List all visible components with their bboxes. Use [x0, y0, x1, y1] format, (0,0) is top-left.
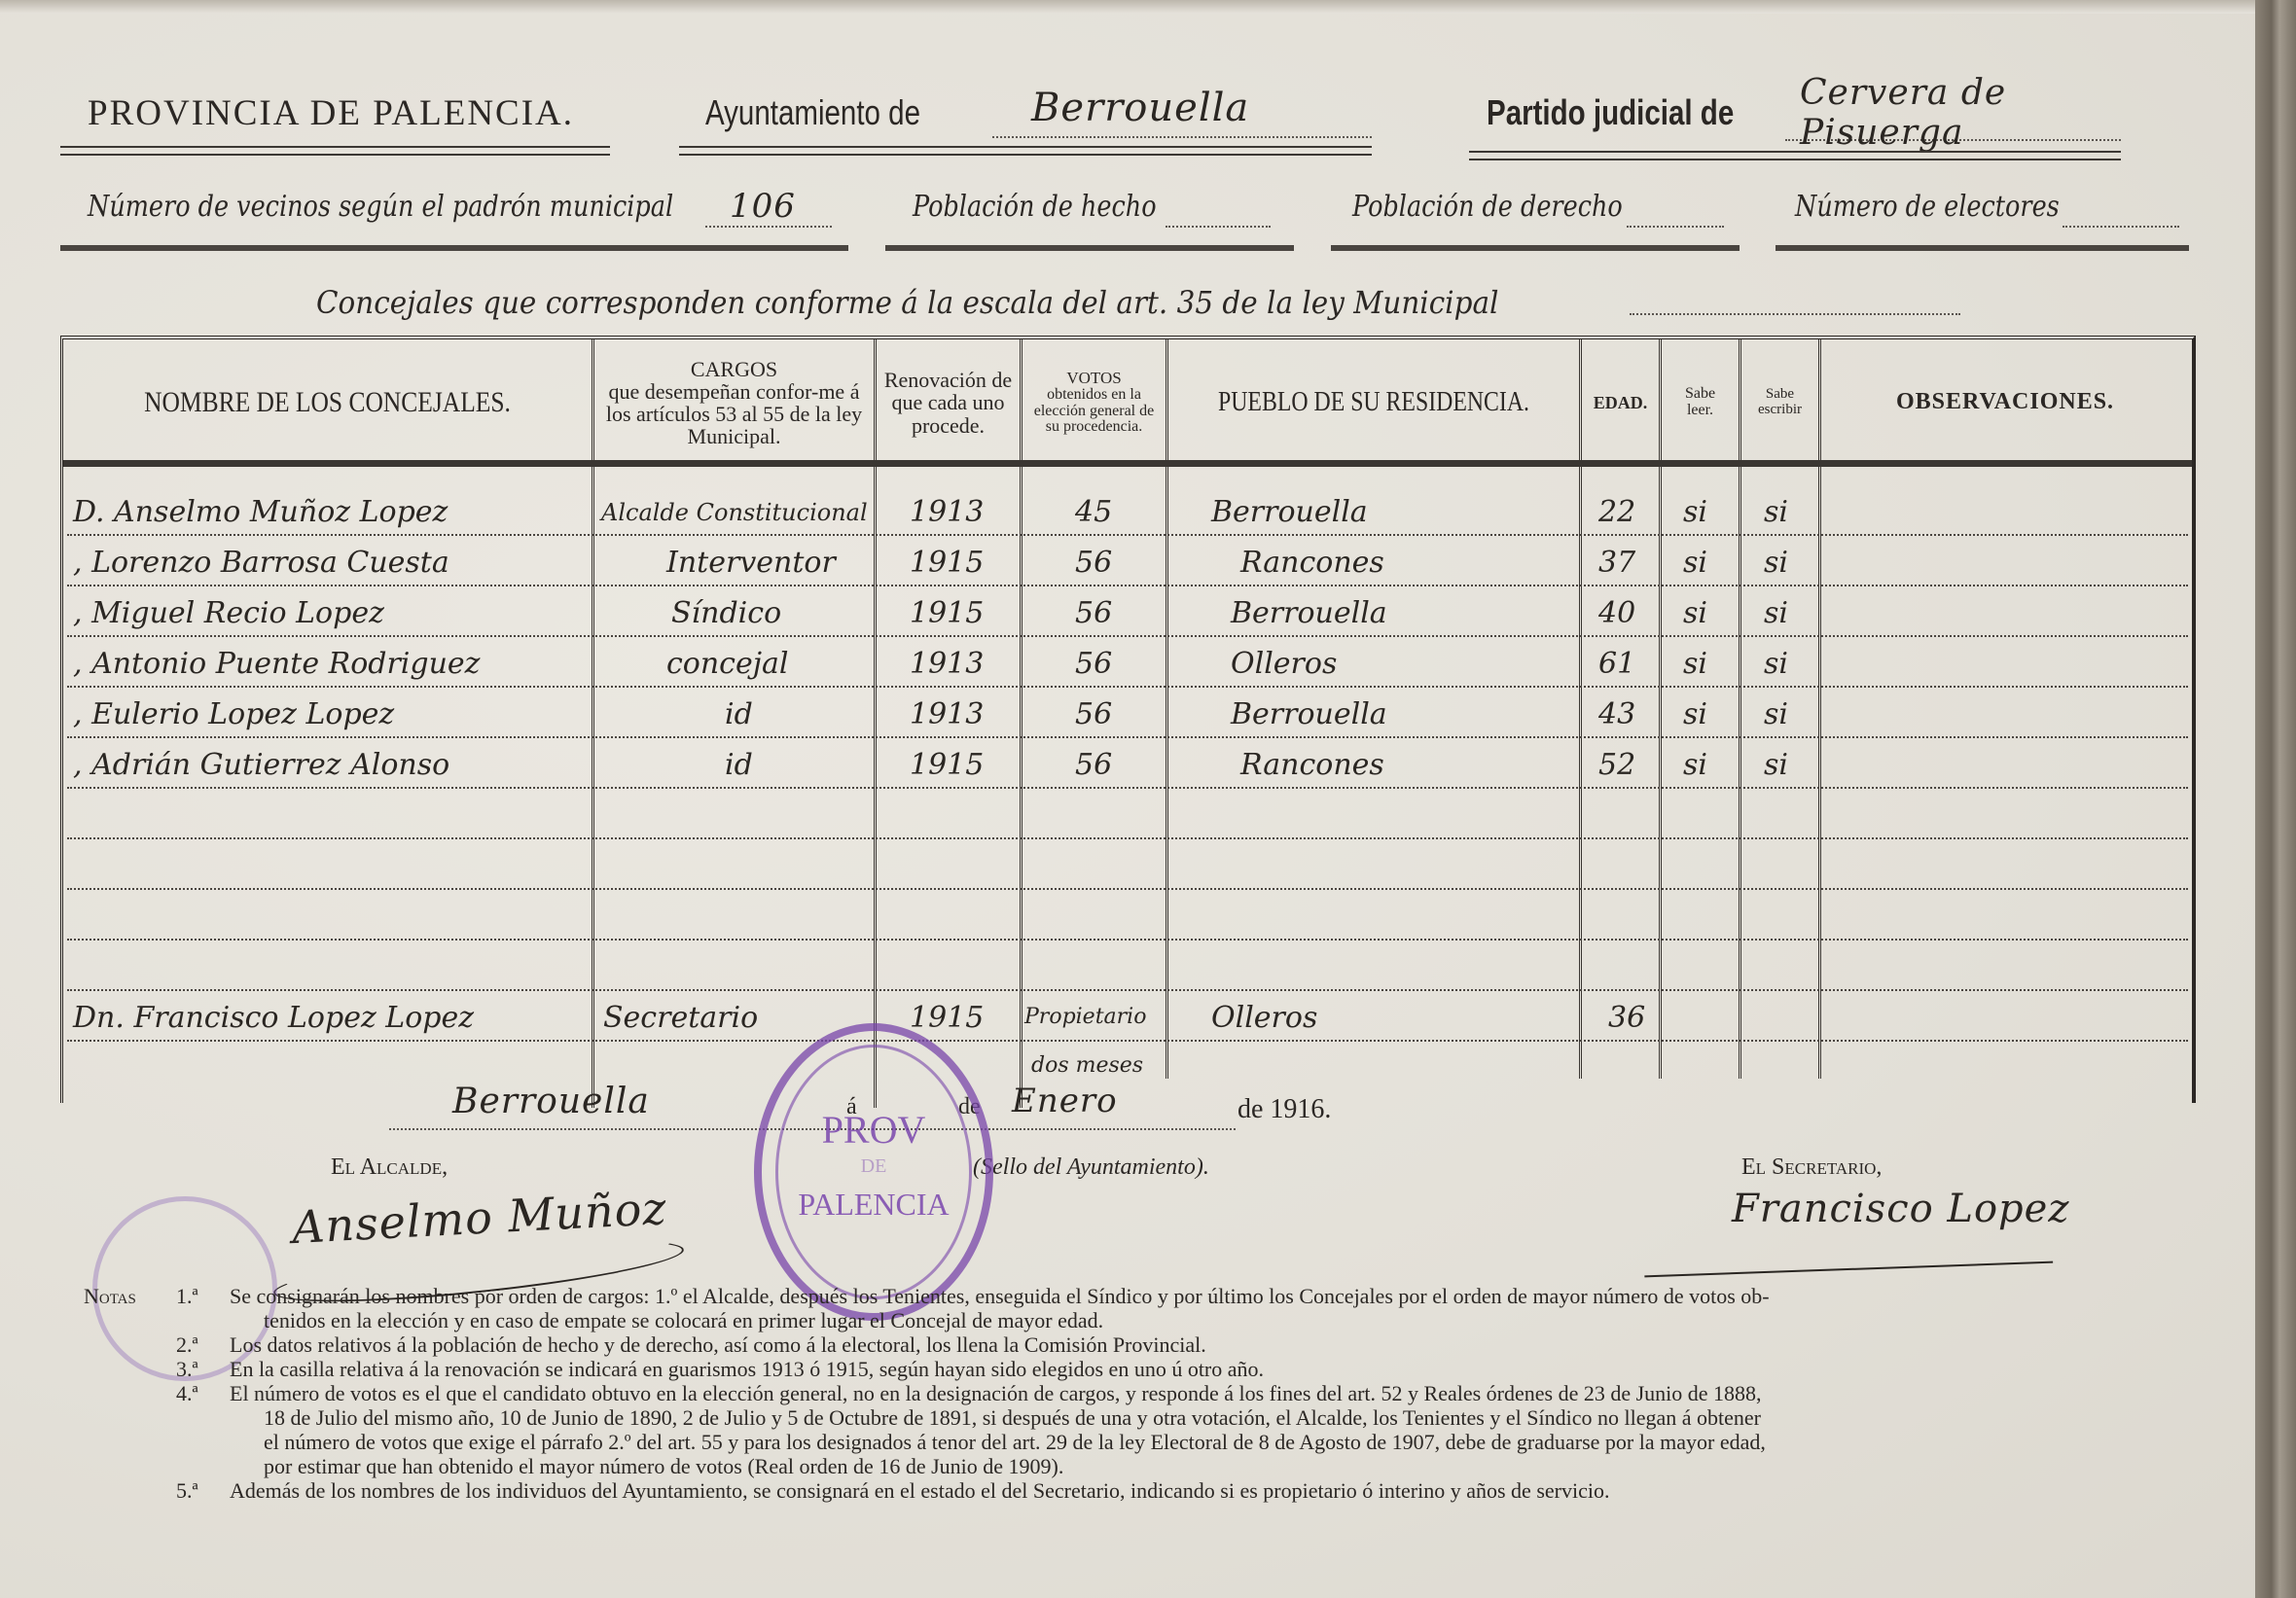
poblacion-derecho-field[interactable] — [1627, 195, 1724, 228]
header-cargos: CARGOS que desempeñan confor-me á los ar… — [594, 345, 874, 460]
cell-nombre[interactable]: , Adrián Gutierrez Alonso — [73, 748, 449, 782]
row-rule — [67, 635, 2188, 637]
note-4-cont2: el número de votos que exige el párrafo … — [264, 1430, 1766, 1454]
concejales-table: NOMBRE DE LOS CONCEJALES. CARGOS que des… — [60, 336, 2196, 1103]
poblacion-hecho-field[interactable] — [1166, 195, 1271, 228]
municipal-seal-stamp: PROV DE PALENCIA — [754, 1023, 993, 1321]
cell-votos[interactable]: 56 — [1075, 647, 1112, 681]
note-4-cont3: por estimar que han obtenido el mayor nú… — [264, 1454, 1063, 1478]
cell-leer[interactable]: si — [1683, 647, 1707, 681]
cell-escribir[interactable]: si — [1764, 596, 1788, 630]
col-divider — [1166, 339, 1168, 1079]
poblacion-derecho-label: Población de derecho — [1352, 190, 1623, 224]
vecinos-label: Número de vecinos según el padrón munici… — [88, 190, 673, 224]
date-year: de 1916. — [1238, 1094, 1331, 1125]
cell-nombre[interactable]: D. Anselmo Muñoz Lopez — [73, 495, 448, 529]
cell-renovacion[interactable]: 1913 — [910, 495, 984, 529]
ayuntamiento-value: Berrouella — [1031, 86, 1249, 130]
row-rule — [67, 787, 2188, 789]
cell-cargo[interactable]: concejal — [666, 647, 789, 681]
row-rule — [67, 686, 2188, 688]
concejales-count-field[interactable] — [1630, 303, 1960, 315]
notes-label: Notas — [84, 1284, 136, 1308]
cell-cargo[interactable]: Alcalde Constitucional — [601, 499, 868, 526]
row-rule — [67, 736, 2188, 738]
cell-edad[interactable]: 52 — [1598, 748, 1635, 782]
cell-escribir[interactable]: si — [1764, 546, 1788, 580]
note-4-text: El número de votos es el que el candidat… — [230, 1381, 1762, 1405]
note-5-num: 5.ª — [176, 1478, 198, 1503]
cell-leer[interactable]: si — [1683, 596, 1707, 630]
header-sabe-leer: Sabeleer. — [1662, 345, 1739, 460]
note-2-text: Los datos relativos á la población de he… — [230, 1332, 1206, 1357]
header-sabe-escribir: Sabeescribir — [1741, 345, 1818, 460]
note-2-num: 2.ª — [176, 1332, 198, 1357]
row-rule — [67, 939, 2188, 941]
note-4-num: 4.ª — [176, 1381, 198, 1405]
poblacion-derecho-underline — [1331, 245, 1740, 251]
province-title: PROVINCIA DE PALENCIA. — [88, 92, 574, 134]
vecinos-value: 106 — [730, 187, 796, 226]
date-place: Berrouella — [452, 1082, 650, 1121]
cell-votos-line2[interactable]: dos meses — [1031, 1053, 1143, 1078]
electores-underline — [1776, 245, 2189, 251]
header-bottom-rule — [63, 460, 2192, 467]
cell-pueblo[interactable]: Olleros — [1231, 647, 1337, 681]
header-edad: EDAD. — [1582, 345, 1659, 460]
vecinos-field[interactable]: 106 — [705, 195, 832, 228]
header-renovacion: Renovación de que cada uno procede. — [877, 345, 1020, 460]
row-rule — [67, 888, 2188, 890]
cell-pueblo[interactable]: Rancones — [1240, 546, 1384, 580]
ayuntamiento-field[interactable]: Berrouella — [992, 97, 1372, 138]
book-binding-edge — [2255, 0, 2296, 1598]
cell-votos[interactable]: Propietario — [1024, 1005, 1146, 1029]
cell-leer[interactable]: si — [1683, 495, 1707, 529]
page-top-edge — [0, 0, 2255, 14]
cell-edad[interactable]: 36 — [1608, 1001, 1645, 1035]
row-rule — [67, 989, 2188, 991]
cell-pueblo[interactable]: Berrouella — [1231, 697, 1387, 731]
header-observaciones: OBSERVACIONES. — [1821, 345, 2189, 460]
note-1-cont: tenidos en la elección y en caso de empa… — [264, 1308, 1103, 1332]
cell-cargo[interactable]: id — [725, 697, 753, 731]
cell-renovacion[interactable]: 1913 — [910, 647, 984, 681]
cell-nombre[interactable]: , Miguel Recio Lopez — [73, 596, 384, 630]
electores-field[interactable] — [2063, 195, 2179, 228]
note-1-text: Se consignarán los nombres por orden de … — [230, 1284, 1770, 1308]
province-underline — [60, 146, 610, 156]
cell-votos[interactable]: 56 — [1075, 748, 1112, 782]
cell-edad[interactable]: 37 — [1598, 546, 1635, 580]
cell-cargo[interactable]: Secretario — [603, 1001, 758, 1035]
note-4-cont: 18 de Julio del mismo año, 10 de Junio d… — [264, 1405, 1761, 1430]
partido-field[interactable]: Cervera de Pisuerga — [1785, 102, 2121, 141]
note-3-text: En la casilla relativa á la renovación s… — [230, 1357, 1264, 1381]
cell-pueblo[interactable]: Berrouella — [1211, 495, 1368, 529]
cell-leer[interactable]: si — [1683, 748, 1707, 782]
cell-cargo[interactable]: Interventor — [666, 546, 836, 580]
cell-votos[interactable]: 56 — [1075, 697, 1112, 731]
cell-renovacion[interactable]: 1915 — [910, 1001, 984, 1035]
vecinos-underline — [60, 245, 848, 251]
cell-pueblo[interactable]: Berrouella — [1231, 596, 1387, 630]
cell-nombre[interactable]: , Eulerio Lopez Lopez — [73, 697, 394, 731]
row-rule — [67, 585, 2188, 586]
cell-escribir[interactable]: si — [1764, 495, 1788, 529]
cell-pueblo[interactable]: Olleros — [1211, 1001, 1317, 1035]
cell-pueblo[interactable]: Rancones — [1240, 748, 1384, 782]
cell-nombre[interactable]: Dn. Francisco Lopez Lopez — [73, 1001, 474, 1035]
partido-value: Cervera de Pisuerga — [1800, 73, 2121, 153]
cell-cargo[interactable]: id — [725, 748, 753, 782]
cell-cargo[interactable]: Síndico — [671, 596, 781, 630]
cell-edad[interactable]: 22 — [1598, 495, 1635, 529]
electores-label: Número de electores — [1795, 190, 2060, 224]
alcalde-label: El Alcalde, — [331, 1154, 448, 1181]
poblacion-hecho-label: Población de hecho — [913, 190, 1157, 224]
date-month: Enero — [1012, 1082, 1118, 1120]
note-1-num: 1.ª — [176, 1284, 198, 1308]
cell-edad[interactable]: 40 — [1598, 596, 1635, 630]
concejales-title: Concejales que corresponden conforme á l… — [316, 284, 1498, 321]
header-votos: VOTOS obtenidos en la elección general d… — [1022, 345, 1166, 460]
partido-label: Partido judicial de — [1487, 92, 1734, 133]
poblacion-hecho-underline — [885, 245, 1294, 251]
cell-escribir[interactable]: si — [1764, 697, 1788, 731]
cell-renovacion[interactable]: 1915 — [910, 748, 984, 782]
cell-renovacion[interactable]: 1915 — [910, 596, 984, 630]
cell-renovacion[interactable]: 1913 — [910, 697, 984, 731]
row-rule — [67, 534, 2188, 536]
row-rule — [67, 837, 2188, 839]
cell-escribir[interactable]: si — [1764, 647, 1788, 681]
header-nombre: NOMBRE DE LOS CONCEJALES. — [103, 345, 553, 460]
cell-votos[interactable]: 56 — [1075, 546, 1112, 580]
cell-leer[interactable]: si — [1683, 697, 1707, 731]
sello-label: (Sello del Ayuntamiento). — [973, 1154, 1209, 1181]
header-pueblo: PUEBLO DE SU RESIDENCIA. — [1200, 345, 1549, 460]
note-5-text: Además de los nombres de los individuos … — [230, 1478, 1609, 1503]
partido-underline — [1469, 151, 2121, 160]
cell-renovacion[interactable]: 1915 — [910, 546, 984, 580]
cell-edad[interactable]: 43 — [1598, 697, 1635, 731]
cell-nombre[interactable]: , Lorenzo Barrosa Cuesta — [73, 546, 449, 580]
ayuntamiento-underline — [679, 146, 1372, 156]
cell-votos[interactable]: 56 — [1075, 596, 1112, 630]
cell-votos[interactable]: 45 — [1075, 495, 1112, 529]
secretario-signature: Francisco Lopez — [1732, 1187, 2069, 1231]
note-3-num: 3.ª — [176, 1357, 198, 1381]
cell-nombre[interactable]: , Antonio Puente Rodriguez — [73, 647, 481, 681]
secretario-label: El Secretario, — [1741, 1154, 1882, 1181]
cell-leer[interactable]: si — [1683, 546, 1707, 580]
cell-escribir[interactable]: si — [1764, 748, 1788, 782]
ayuntamiento-label: Ayuntamiento de — [705, 92, 920, 133]
cell-edad[interactable]: 61 — [1598, 647, 1635, 681]
row-rule — [67, 1040, 2188, 1042]
